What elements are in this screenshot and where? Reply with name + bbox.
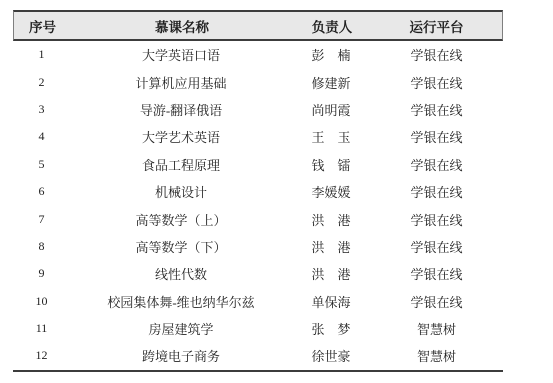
table-header-row: 序号 慕课名称 负责人 运行平台 bbox=[13, 10, 503, 41]
cell-leader: 洪 港 bbox=[292, 210, 370, 229]
cell-no: 2 bbox=[13, 75, 70, 90]
table-row: 3 导游-翻译俄语 尚明霞 学银在线 bbox=[13, 96, 503, 123]
cell-course: 计算机应用基础 bbox=[70, 73, 292, 92]
table-row: 7 高等数学（上） 洪 港 学银在线 bbox=[13, 205, 503, 232]
cell-no: 5 bbox=[13, 157, 70, 172]
cell-course: 高等数学（下） bbox=[70, 237, 292, 256]
cell-leader: 钱 镭 bbox=[292, 155, 370, 174]
table-row: 10 校园集体舞-维也纳华尔兹 单保海 学银在线 bbox=[13, 288, 503, 315]
cell-no: 12 bbox=[13, 348, 70, 363]
column-header-leader: 负责人 bbox=[293, 16, 371, 36]
cell-no: 6 bbox=[13, 184, 70, 199]
table-row: 5 食品工程原理 钱 镭 学银在线 bbox=[13, 151, 503, 178]
cell-course: 大学英语口语 bbox=[70, 45, 292, 64]
cell-platform: 学银在线 bbox=[370, 292, 503, 311]
cell-no: 4 bbox=[13, 129, 70, 144]
cell-leader: 洪 港 bbox=[292, 264, 370, 283]
cell-course: 机械设计 bbox=[70, 182, 292, 201]
table-row: 8 高等数学（下） 洪 港 学银在线 bbox=[13, 233, 503, 260]
column-header-course: 慕课名称 bbox=[71, 16, 293, 36]
cell-platform: 学银在线 bbox=[370, 100, 503, 119]
cell-platform: 学银在线 bbox=[370, 210, 503, 229]
cell-leader: 徐世豪 bbox=[292, 346, 370, 365]
cell-platform: 学银在线 bbox=[370, 237, 503, 256]
cell-no: 3 bbox=[13, 102, 70, 117]
table-row: 11 房屋建筑学 张 梦 智慧树 bbox=[13, 315, 503, 342]
cell-no: 1 bbox=[13, 47, 70, 62]
column-header-platform: 运行平台 bbox=[371, 16, 502, 36]
table-row: 4 大学艺术英语 王 玉 学银在线 bbox=[13, 123, 503, 150]
cell-platform: 智慧树 bbox=[370, 319, 503, 338]
cell-platform: 学银在线 bbox=[370, 127, 503, 146]
mooc-course-table: 序号 慕课名称 负责人 运行平台 1 大学英语口语 彭 楠 学银在线 2 计算机… bbox=[13, 10, 503, 372]
cell-platform: 学银在线 bbox=[370, 155, 503, 174]
cell-platform: 智慧树 bbox=[370, 346, 503, 365]
table-row: 12 跨境电子商务 徐世豪 智慧树 bbox=[13, 342, 503, 369]
table-row: 9 线性代数 洪 港 学银在线 bbox=[13, 260, 503, 287]
cell-course: 食品工程原理 bbox=[70, 155, 292, 174]
cell-course: 校园集体舞-维也纳华尔兹 bbox=[70, 292, 292, 311]
cell-no: 9 bbox=[13, 266, 70, 281]
cell-leader: 洪 港 bbox=[292, 237, 370, 256]
cell-course: 高等数学（上） bbox=[70, 210, 292, 229]
cell-leader: 李媛媛 bbox=[292, 182, 370, 201]
cell-no: 10 bbox=[13, 294, 70, 309]
cell-course: 线性代数 bbox=[70, 264, 292, 283]
cell-course: 跨境电子商务 bbox=[70, 346, 292, 365]
cell-platform: 学银在线 bbox=[370, 73, 503, 92]
table-row: 6 机械设计 李媛媛 学银在线 bbox=[13, 178, 503, 205]
cell-leader: 彭 楠 bbox=[292, 45, 370, 64]
cell-course: 房屋建筑学 bbox=[70, 319, 292, 338]
cell-leader: 修建新 bbox=[292, 73, 370, 92]
cell-platform: 学银在线 bbox=[370, 264, 503, 283]
cell-leader: 单保海 bbox=[292, 292, 370, 311]
cell-course: 导游-翻译俄语 bbox=[70, 100, 292, 119]
table-body: 1 大学英语口语 彭 楠 学银在线 2 计算机应用基础 修建新 学银在线 3 导… bbox=[13, 41, 503, 372]
table-row: 2 计算机应用基础 修建新 学银在线 bbox=[13, 68, 503, 95]
cell-leader: 张 梦 bbox=[292, 319, 370, 338]
column-header-no: 序号 bbox=[14, 16, 71, 36]
cell-leader: 王 玉 bbox=[292, 127, 370, 146]
cell-platform: 学银在线 bbox=[370, 45, 503, 64]
cell-leader: 尚明霞 bbox=[292, 100, 370, 119]
cell-no: 7 bbox=[13, 212, 70, 227]
cell-no: 8 bbox=[13, 239, 70, 254]
cell-course: 大学艺术英语 bbox=[70, 127, 292, 146]
table-row: 1 大学英语口语 彭 楠 学银在线 bbox=[13, 41, 503, 68]
cell-no: 11 bbox=[13, 321, 70, 336]
cell-platform: 学银在线 bbox=[370, 182, 503, 201]
